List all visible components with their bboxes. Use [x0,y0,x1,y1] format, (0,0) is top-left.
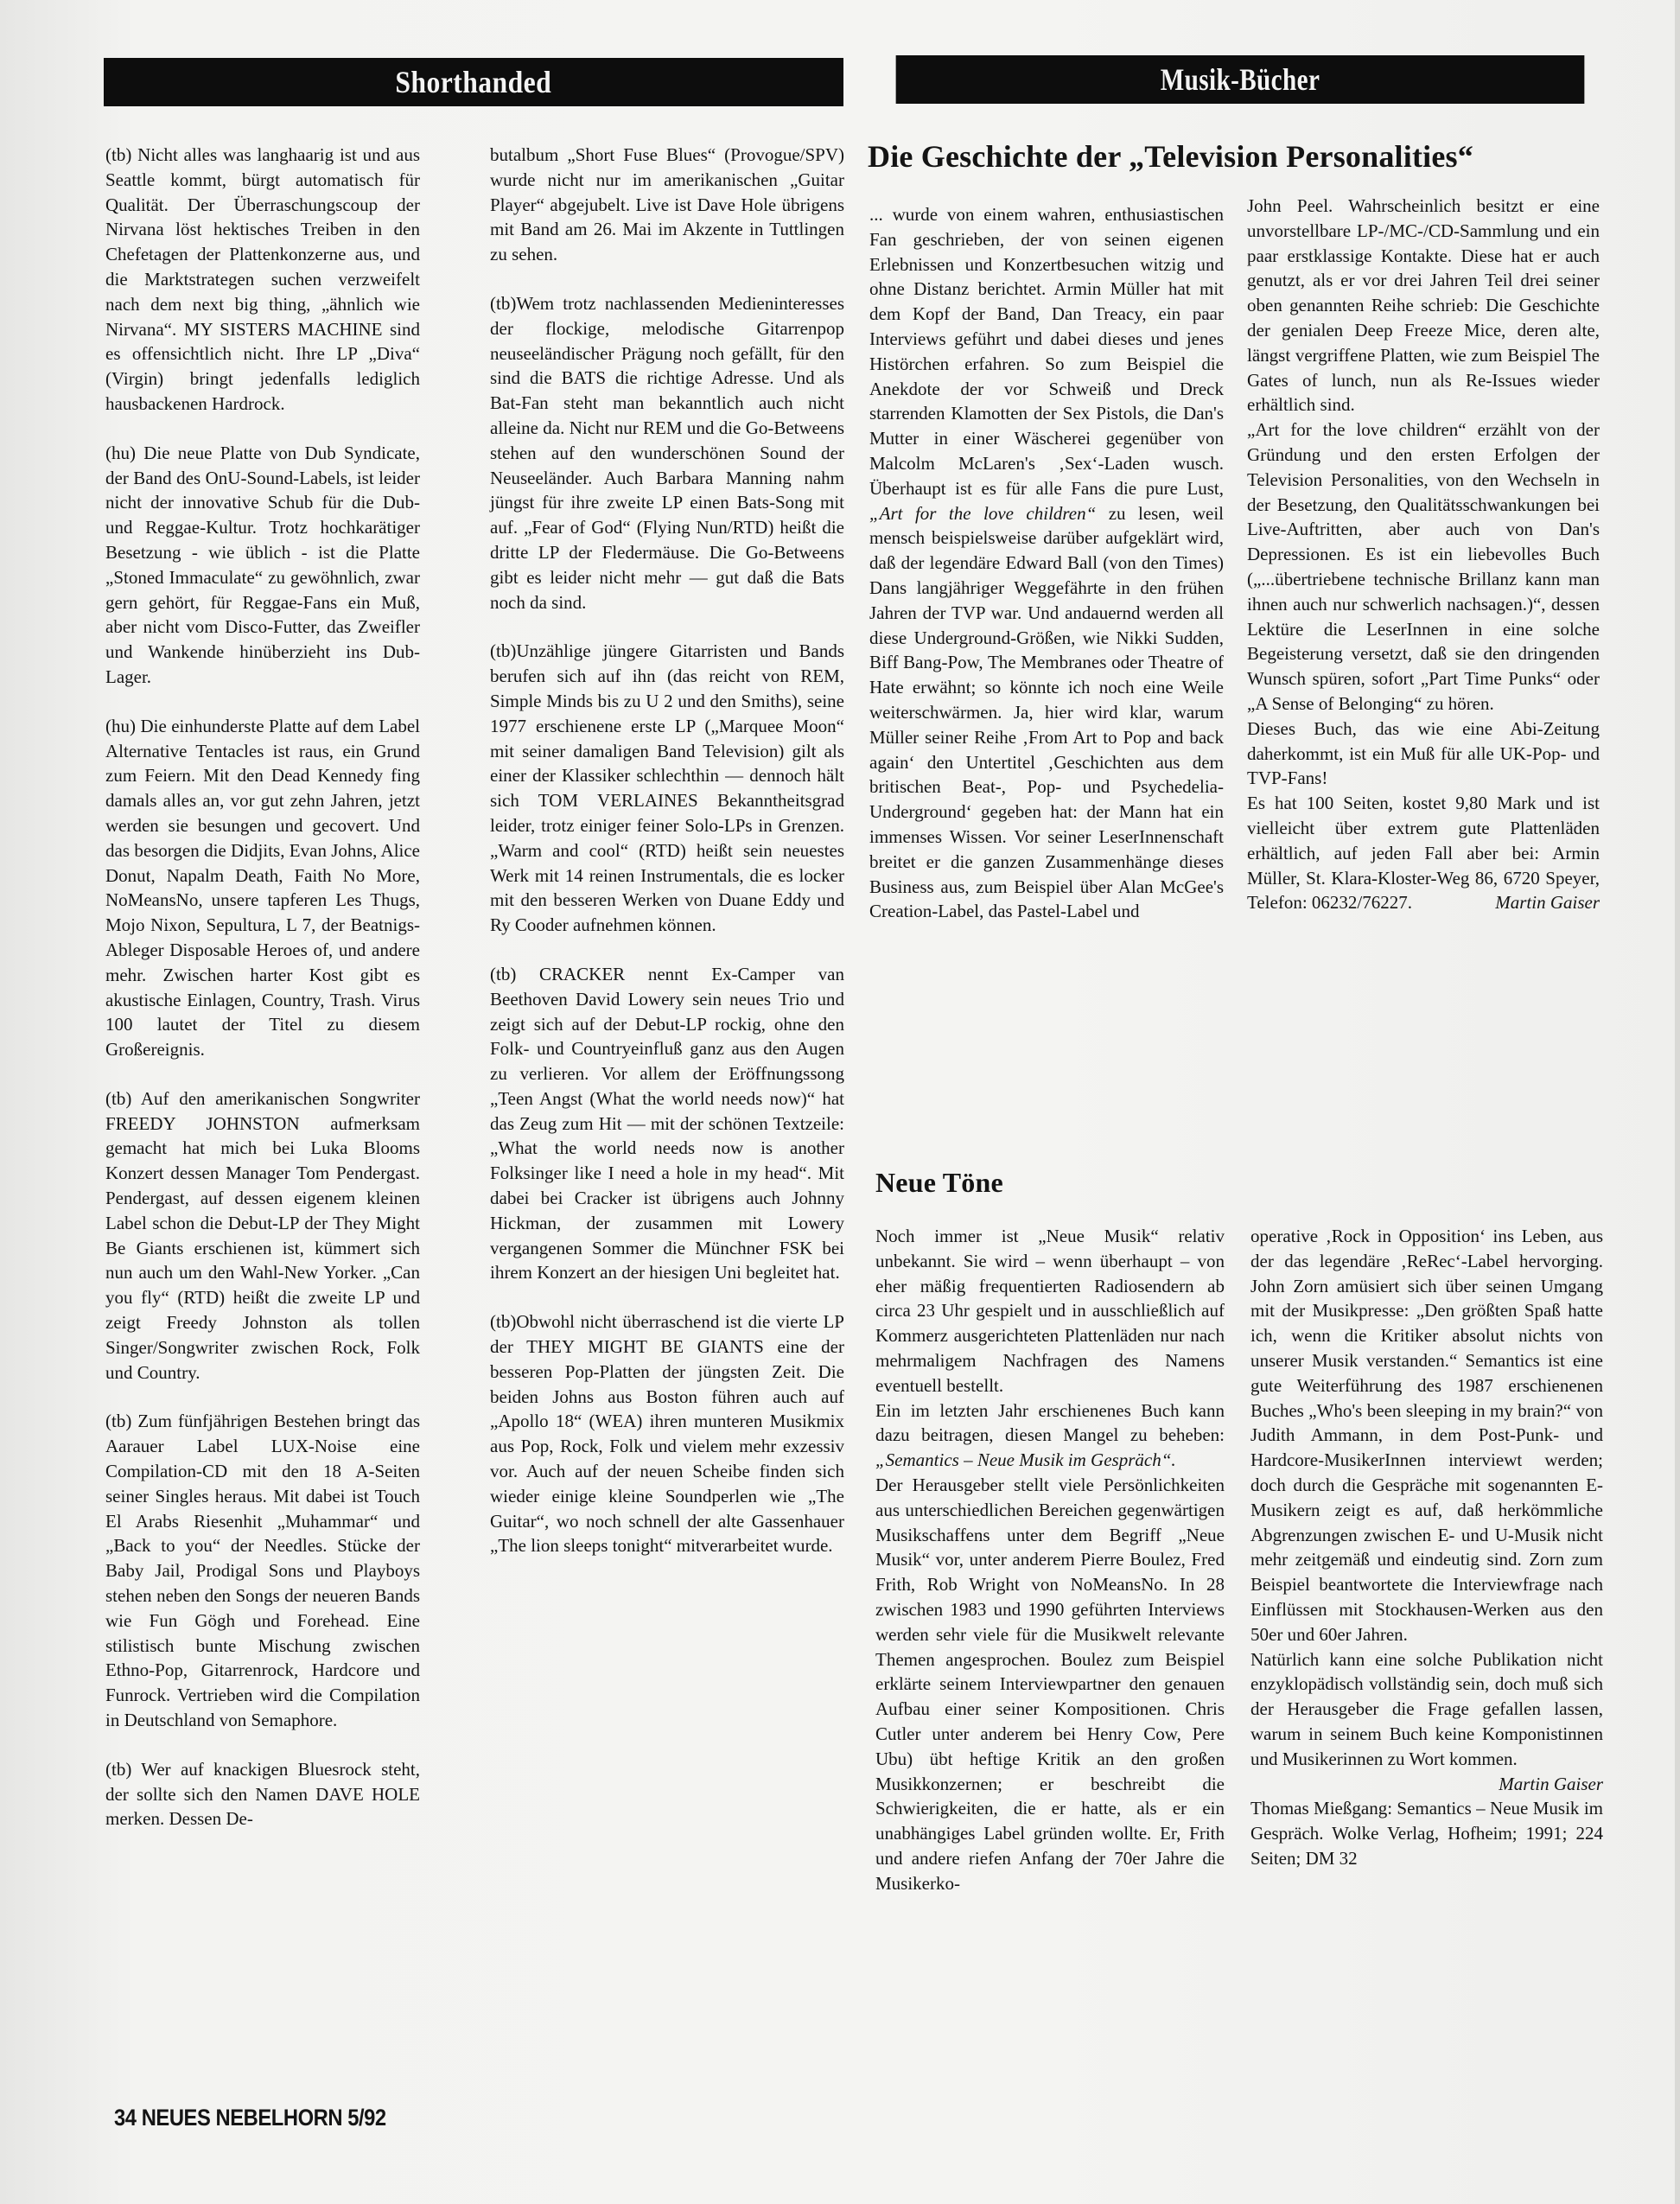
review-paragraph: (tb)Unzählige jüngere Gitarristen und Ba… [490,639,844,938]
article2-column-left: Noch immer ist „Neue Musik“ relativ unbe… [875,1224,1225,1896]
author-signature: Martin Gaiser [1495,890,1600,915]
review-paragraph: (tb)Obwohl nicht überraschend ist die vi… [490,1309,844,1558]
text-run: zu lesen, weil mensch beispielsweise dar… [869,503,1224,922]
review-paragraph: (tb)Wem trotz nachlassenden Medienintere… [490,291,844,615]
article1-column-left: ... wurde von einem wahren, enthusiastis… [869,202,1224,924]
article-paragraph: John Peel. Wahrscheinlich besitzt er ein… [1247,194,1600,417]
review-paragraph: (tb) Wer auf knackigen Bluesrock steht, … [105,1757,420,1831]
article-paragraph: operative ‚Rock in Opposition‘ ins Leben… [1250,1224,1603,1647]
article-paragraph: Natürlich kann eine solche Publikation n… [1250,1647,1603,1772]
article2-column-right: operative ‚Rock in Opposition‘ ins Leben… [1250,1224,1603,1871]
book-title-italic: „Art for the love children“ [869,503,1096,524]
book-title-italic: „Semantics – Neue Musik im Gespräch“. [875,1449,1176,1470]
article1-column-right: John Peel. Wahrscheinlich besitzt er ein… [1247,194,1600,915]
article-paragraph: Noch immer ist „Neue Musik“ relativ unbe… [875,1224,1225,1398]
text-run: Ein im letzten Jahr erschienenes Buch ka… [875,1400,1225,1446]
review-paragraph: (tb) Nicht alles was langhaarig ist und … [105,143,420,417]
page-edge [1675,0,1680,2204]
article-paragraph: Dieses Buch, das wie eine Abi-Zeitung da… [1247,717,1600,791]
column-2: butalbum „Short Fuse Blues“ (Provogue/SP… [490,143,844,1583]
article-paragraph: „Art for the love children“ erzählt von … [1247,417,1600,717]
text-run: ... wurde von einem wahren, enthusiastis… [869,204,1224,499]
review-paragraph: (tb) Auf den amerikanischen Songwriter F… [105,1086,420,1385]
section-title: Musik-Bücher [1161,61,1320,98]
book-reference: Thomas Mießgang: Semantics – Neue Musik … [1250,1796,1603,1870]
page-footer: 34 NEUES NEBELHORN 5/92 [114,2105,386,2131]
article-paragraph: Ein im letzten Jahr erschienenes Buch ka… [875,1398,1225,1473]
column-1: (tb) Nicht alles was langhaarig ist und … [105,143,420,1856]
review-paragraph: (hu) Die einhunderste Platte auf dem Lab… [105,714,420,1062]
article-paragraph: ... wurde von einem wahren, enthusiastis… [869,202,1224,924]
section-title: Shorthanded [396,64,552,100]
article-headline-neue-toene: Neue Töne [875,1167,1003,1199]
text-run: Natürlich kann eine solche Publikation n… [1250,1649,1603,1769]
review-paragraph: (tb) Zum fünfjährigen Bestehen bringt da… [105,1409,420,1732]
review-paragraph: butalbum „Short Fuse Blues“ (Provogue/SP… [490,143,844,267]
author-signature: Martin Gaiser [1499,1772,1603,1797]
review-paragraph: (hu) Die neue Platte von Dub Syndicate, … [105,441,420,690]
article-paragraph: Es hat 100 Seiten, kostet 9,80 Mark und … [1247,791,1600,915]
review-paragraph: (tb) CRACKER nennt Ex-Camper van Beethov… [490,962,844,1285]
section-banner-musik-buecher: Musik-Bücher [896,55,1585,104]
article-paragraph: Der Herausgeber stellt viele Persönlichk… [875,1473,1225,1896]
article-headline-television-personalities: Die Geschichte der „Television Personali… [868,138,1473,175]
section-banner-shorthanded: Shorthanded [104,58,843,106]
